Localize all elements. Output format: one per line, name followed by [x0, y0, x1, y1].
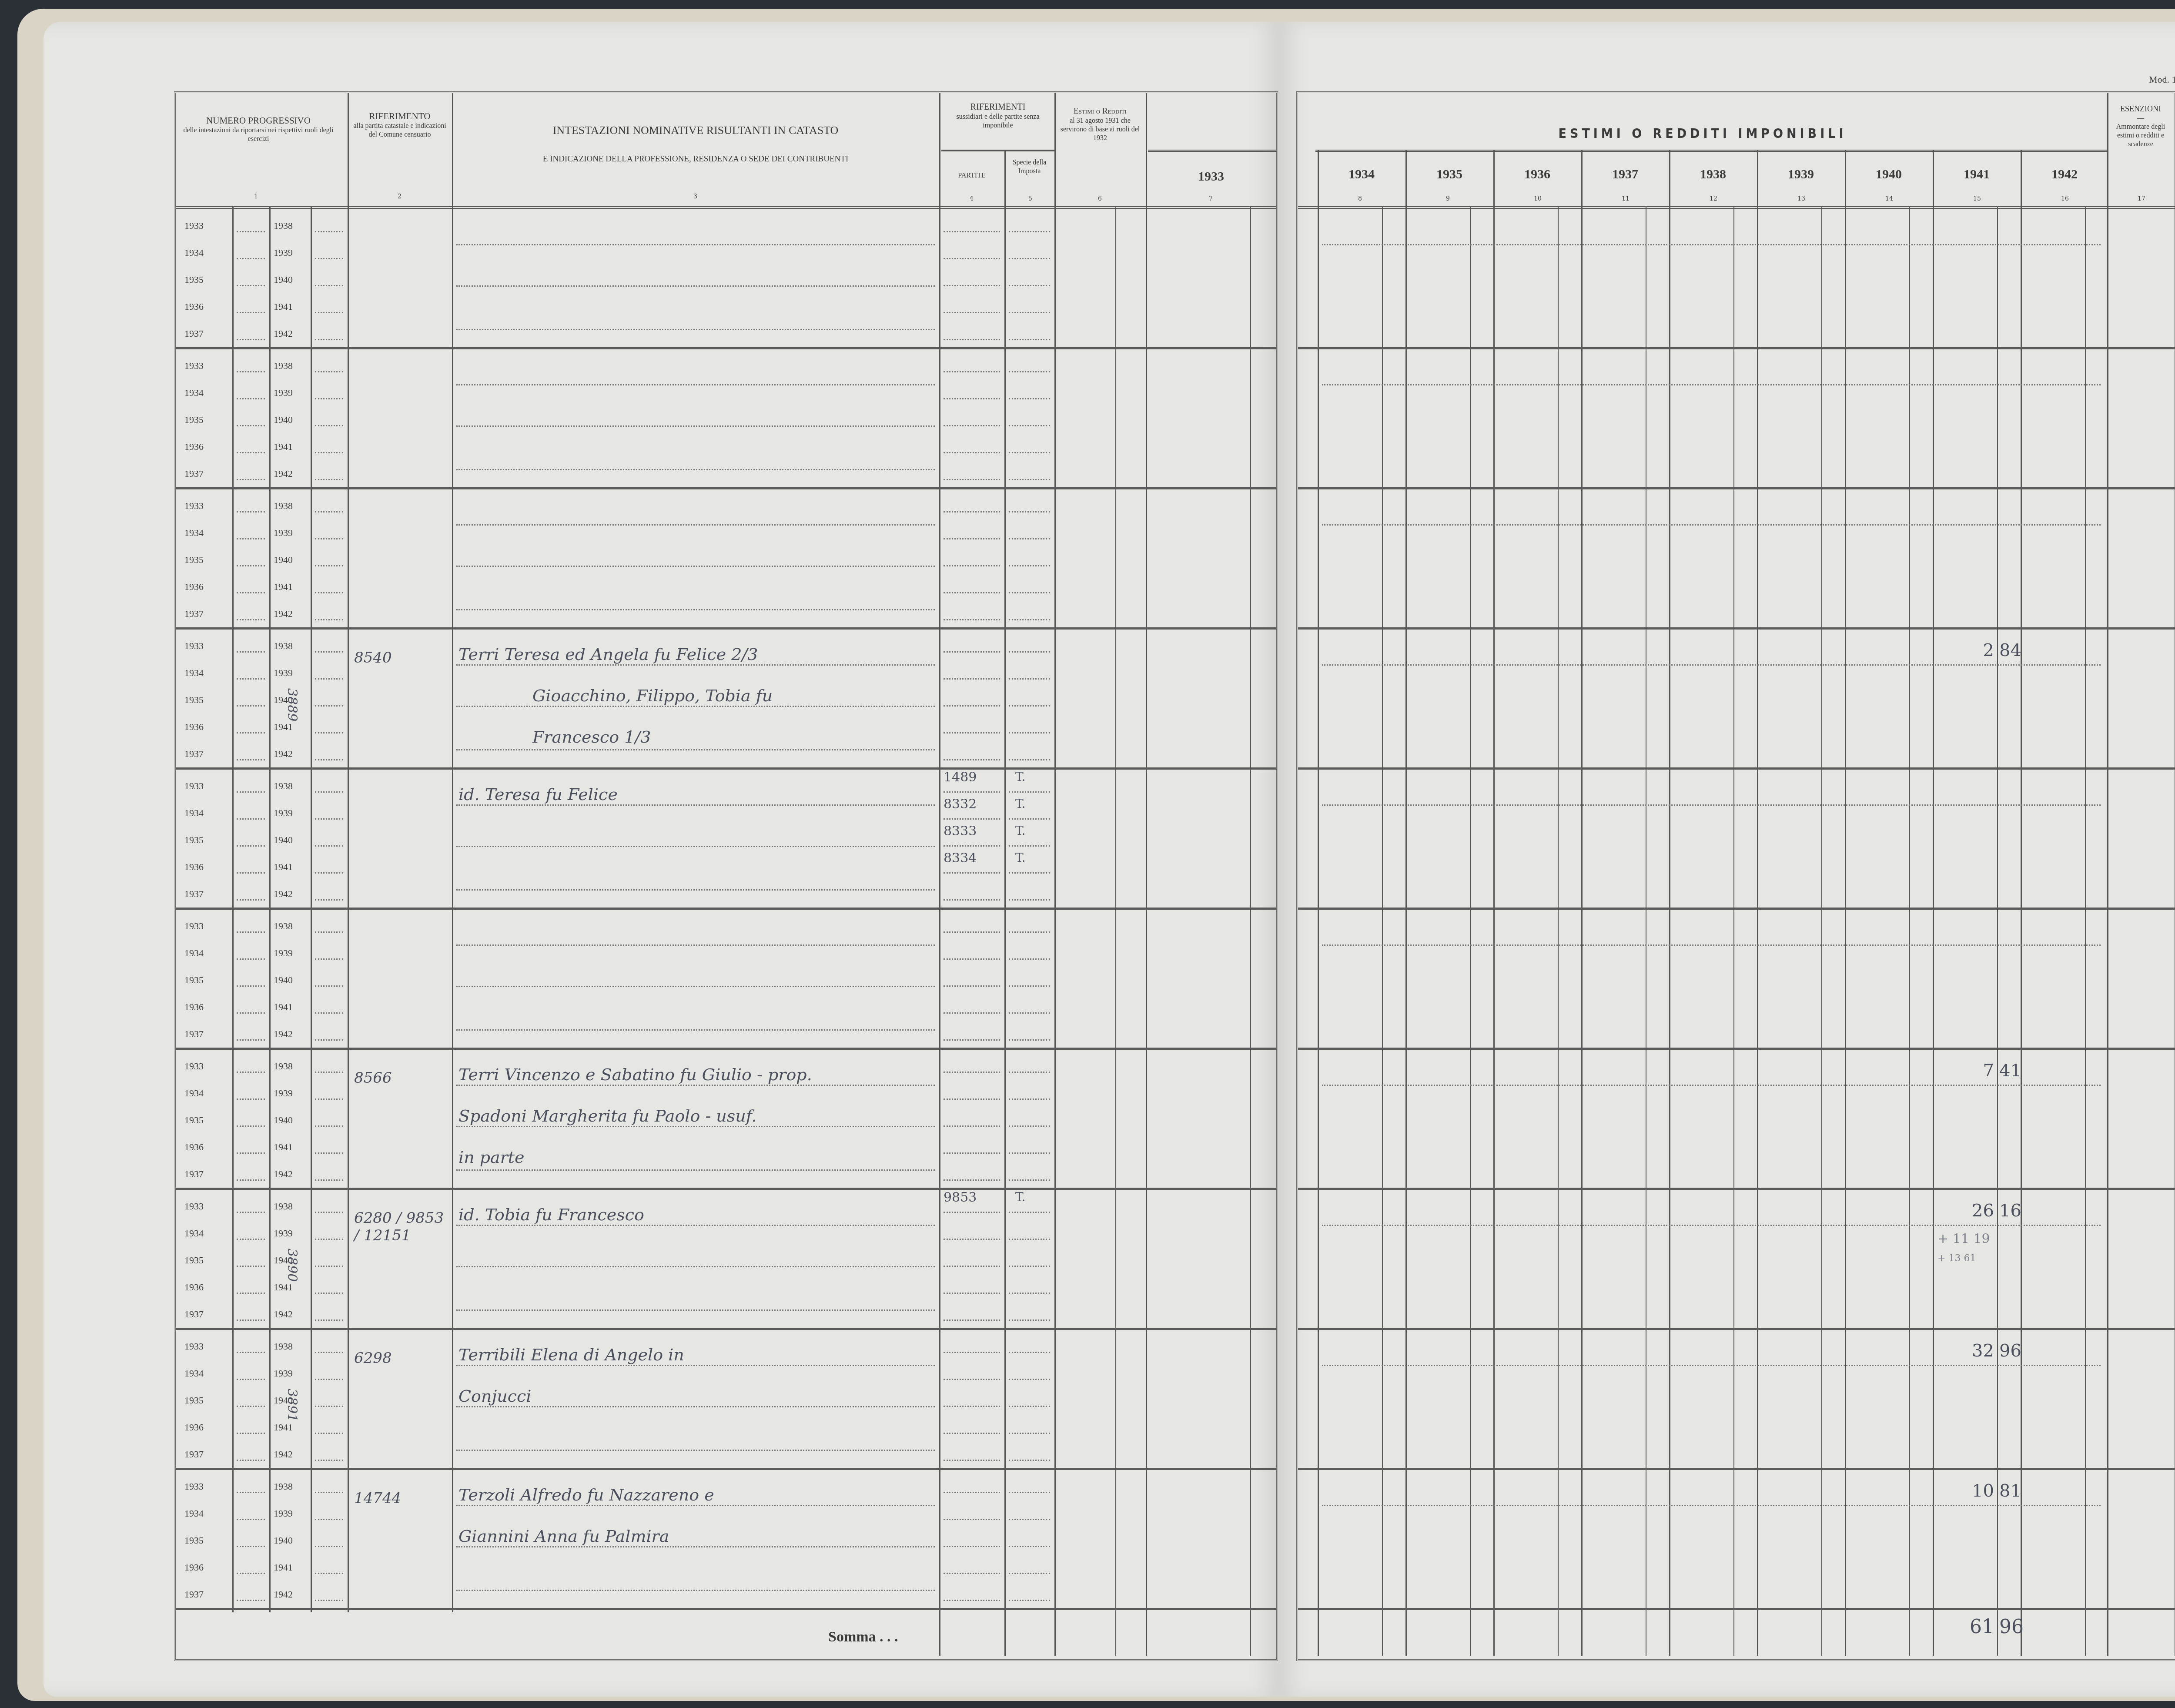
dotted-line [315, 1266, 343, 1267]
dotted-line [944, 1125, 1000, 1127]
dotted-line [456, 889, 935, 891]
dotted-line [315, 1293, 343, 1294]
specie-imposta: T. [1015, 851, 1025, 865]
dotted-line [237, 258, 265, 259]
dotted-line [1009, 285, 1050, 286]
dotted-line [315, 985, 343, 987]
year-label: 1941 [274, 721, 293, 733]
col4-5-title: RIFERIMENTI [941, 102, 1054, 113]
year-label: 1941 [274, 1562, 293, 1573]
year-label: 1936 [184, 1562, 204, 1573]
dotted-line [315, 371, 343, 372]
col2-sub: alla partita catastale e indicazioni del… [350, 122, 450, 139]
entry-block-right: 741 [1298, 1048, 2175, 1190]
right-page: Mod. 111 - Imposte Dirette (Intercalare)… [1279, 22, 2175, 1697]
dotted-line [456, 1505, 935, 1506]
dotted-line [1009, 985, 1050, 987]
amount-1941-lire: 7 [1964, 1061, 1994, 1081]
dotted-line [315, 312, 343, 313]
dotted-line [1009, 1012, 1050, 1014]
dotted-line [1322, 384, 2101, 385]
dotted-line [237, 1239, 265, 1240]
year-label: 1935 [184, 274, 204, 285]
dotted-line [944, 1600, 1000, 1601]
year-label: 1942 [274, 1589, 293, 1600]
dotted-line [315, 425, 343, 426]
col2-title: RIFERIMENTO [350, 111, 450, 122]
year-label: 1937 [184, 468, 204, 479]
dotted-line [237, 1266, 265, 1267]
dotted-line [1009, 1406, 1050, 1407]
dotted-line [1322, 1505, 2101, 1506]
dotted-line [237, 312, 265, 313]
dotted-line [456, 566, 935, 567]
year-label: 1933 [184, 360, 204, 372]
left-form-table: NUMERO PROGRESSIVO delle intestazioni da… [174, 91, 1278, 1661]
amount-1941-lire: 10 [1964, 1481, 1994, 1501]
dotted-line [1009, 425, 1050, 426]
year-label: 1935 [184, 1395, 204, 1406]
col3-title: INTESTAZIONI NOMINATIVE RISULTANTI IN CA… [454, 124, 937, 138]
year-label: 1935 [184, 414, 204, 425]
dotted-line [1009, 1239, 1050, 1240]
col1-title: NUMERO PROGRESSIVO [180, 115, 337, 126]
dotted-line [315, 818, 343, 820]
dotted-line [1009, 1492, 1050, 1493]
dotted-line [315, 1492, 343, 1493]
dotted-line [1009, 1352, 1050, 1353]
col2-number: 2 [398, 193, 402, 200]
left-page: NUMERO PROGRESSIVO delle intestazioni da… [43, 22, 1279, 1697]
dotted-line [456, 1085, 935, 1086]
year-header-1941: 1941 [1933, 167, 2021, 182]
dotted-line [1009, 1212, 1050, 1213]
year-label: 1938 [274, 360, 293, 372]
year-label: 1938 [274, 1481, 293, 1492]
year-label: 1940 [274, 414, 293, 425]
dotted-line [315, 1072, 343, 1073]
dotted-line [315, 398, 343, 399]
year-label: 1941 [274, 581, 293, 593]
dotted-line [1322, 1225, 2101, 1226]
dotted-line [1009, 678, 1050, 680]
dotted-line [315, 1546, 343, 1547]
dotted-line [944, 398, 1000, 399]
dotted-line [944, 425, 1000, 426]
dotted-line [456, 609, 935, 610]
entry-block-right: 1081 [1298, 1468, 2175, 1610]
year-label: 1938 [274, 1341, 293, 1352]
dotted-line [456, 1126, 935, 1127]
dotted-line [1009, 1152, 1050, 1154]
amount-1941-lire: 32 [1964, 1341, 1994, 1361]
divider [348, 93, 349, 206]
year-label: 1937 [184, 1169, 204, 1180]
specie-imposta: T. [1015, 1190, 1025, 1204]
dotted-line [944, 845, 1000, 847]
amount-1941-cent: 96 [1999, 1341, 2021, 1361]
dotted-line [315, 651, 343, 653]
dotted-line [1009, 958, 1050, 960]
esenzioni-header: ESENZIONI — Ammontare degli estimi o red… [2108, 104, 2173, 149]
year-label: 1933 [184, 921, 204, 932]
year-label: 1936 [184, 581, 204, 593]
col-number: 10 [1534, 195, 1542, 202]
year-label: 1938 [274, 640, 293, 652]
divider [1054, 93, 1056, 206]
dotted-line [237, 1212, 265, 1213]
col-number: 13 [1797, 195, 1805, 202]
dotted-line [237, 1152, 265, 1154]
dotted-line [315, 1125, 343, 1127]
entry-block: 1933193819341939193519401936194119371942… [176, 627, 1276, 770]
year-header-1938: 1938 [1669, 167, 1757, 182]
year-label: 1939 [274, 247, 293, 258]
dotted-line [315, 732, 343, 733]
dotted-line [944, 1266, 1000, 1267]
entry-block: 1933193819341939193519401936194119371942… [176, 1188, 1276, 1330]
partita-ref: 1489 [944, 770, 977, 785]
dotted-line [944, 1519, 1000, 1520]
col-number: 8 [1358, 195, 1362, 202]
dotted-line [1009, 479, 1050, 480]
dotted-line [1009, 452, 1050, 453]
dotted-line [1009, 1460, 1050, 1461]
amount-1941-lire: 2 [1964, 640, 1994, 660]
dotted-line [1009, 1125, 1050, 1127]
dotted-line [944, 678, 1000, 680]
year-label: 1942 [274, 888, 293, 900]
dotted-line [456, 1406, 935, 1407]
year-label: 1939 [274, 1088, 293, 1099]
year-label: 1935 [184, 834, 204, 846]
year-header-1939: 1939 [1757, 167, 1845, 182]
partita-ref: 8333 [944, 824, 977, 839]
year-label: 1939 [274, 387, 293, 399]
year-label: 1942 [274, 468, 293, 479]
partita-ref: 9853 [944, 1190, 977, 1205]
dotted-line [1009, 899, 1050, 901]
year-label: 1936 [184, 1001, 204, 1013]
year-label: 1933 [184, 1061, 204, 1072]
year-label: 1939 [274, 948, 293, 959]
year-label: 1933 [184, 780, 204, 792]
year-label: 1933 [184, 1201, 204, 1212]
dotted-line [315, 958, 343, 960]
year-label: 1941 [274, 1422, 293, 1433]
esenzioni-title: ESENZIONI [2108, 104, 2173, 114]
dotted-line [1009, 619, 1050, 620]
dotted-line [456, 664, 935, 666]
col3-sub: E INDICAZIONE DELLA PROFESSIONE, RESIDEN… [454, 154, 937, 164]
dotted-line [456, 1169, 935, 1171]
dotted-line [237, 1320, 265, 1321]
year-label: 1940 [274, 834, 293, 846]
year-label: 1942 [274, 328, 293, 339]
year-label: 1938 [274, 500, 293, 512]
dotted-line [315, 1379, 343, 1380]
dotted-line [1009, 1293, 1050, 1294]
dotted-line [944, 1573, 1000, 1574]
taxpayer-name-line: Gioacchino, Filippo, Tobia fu [532, 686, 773, 705]
year-label: 1937 [184, 888, 204, 900]
dotted-line [1322, 244, 2101, 245]
entry-block-right [1298, 207, 2175, 349]
dotted-line [315, 285, 343, 286]
dotted-line [456, 986, 935, 987]
form-model-label: Mod. 111 - Imposte Dirette (Intercalare)… [2149, 74, 2175, 85]
divider [1148, 150, 1276, 152]
esenzioni-dash: — [2108, 114, 2173, 123]
dotted-line [944, 1546, 1000, 1547]
year-label: 1942 [274, 1449, 293, 1460]
esenzioni-sub: Ammontare degli estimi o redditi e scade… [2108, 123, 2173, 149]
year-label: 1934 [184, 948, 204, 959]
dotted-line [237, 1519, 265, 1520]
dotted-line [315, 1152, 343, 1154]
year-label: 1935 [184, 694, 204, 706]
dotted-line [237, 339, 265, 340]
year-label: 1938 [274, 220, 293, 231]
year-label: 1941 [274, 1282, 293, 1293]
year-label: 1942 [274, 1169, 293, 1180]
dotted-line [1009, 1098, 1050, 1100]
col1-header: NUMERO PROGRESSIVO delle intestazioni da… [180, 115, 337, 144]
dotted-line [1009, 705, 1050, 707]
dotted-line [1009, 1546, 1050, 1547]
dotted-line [1009, 565, 1050, 566]
year-label: 1939 [274, 527, 293, 539]
year-label: 1938 [274, 921, 293, 932]
col1-sub: delle intestazioni da riportarsi nei ris… [180, 126, 337, 144]
dotted-line [315, 592, 343, 593]
dotted-line [315, 872, 343, 874]
year-label: 1940 [274, 274, 293, 285]
partita-ref: 8332 [944, 797, 977, 812]
year-header-1940: 1940 [1845, 167, 1933, 182]
dotted-line [1009, 339, 1050, 340]
year-label: 1938 [274, 1201, 293, 1212]
col1-number: 1 [254, 193, 258, 200]
dotted-line [237, 1012, 265, 1014]
dotted-line [944, 818, 1000, 820]
entry-block: 1933193819341939193519401936194119371942… [176, 1468, 1276, 1610]
dotted-line [1009, 312, 1050, 313]
dotted-line [1009, 872, 1050, 874]
dotted-line [944, 1460, 1000, 1461]
dotted-line [944, 592, 1000, 593]
specie-imposta: T. [1015, 824, 1025, 838]
dotted-line [456, 1225, 935, 1226]
dotted-line [1322, 524, 2101, 526]
amount-1941-addendum: + 11 19 [1937, 1231, 1990, 1246]
col-number: 9 [1446, 195, 1450, 202]
taxpayer-name-line: in parte [458, 1148, 525, 1167]
right-header: ESTIMI O REDDITI IMPONIBILI 193481935919… [1298, 93, 2175, 209]
dotted-line [237, 619, 265, 620]
dotted-line [944, 791, 1000, 793]
year-label: 1937 [184, 748, 204, 760]
dotted-line [237, 565, 265, 566]
dotted-line [315, 1320, 343, 1321]
year-label: 1936 [184, 1422, 204, 1433]
col17-number: 17 [2138, 195, 2145, 202]
taxpayer-name-line: id. Tobia fu Francesco [458, 1205, 644, 1224]
dotted-line [456, 285, 935, 287]
year-label: 1940 [274, 1535, 293, 1546]
amount-1941-addendum: + 13 61 [1937, 1253, 1976, 1264]
dotted-line [1322, 804, 2101, 806]
dotted-line [1009, 1072, 1050, 1073]
dotted-line [315, 759, 343, 760]
dotted-line [315, 1433, 343, 1434]
year-label: 1938 [274, 1061, 293, 1072]
dotted-line [944, 1212, 1000, 1213]
dotted-line [456, 944, 935, 946]
progressivo-number: 3889 [284, 688, 300, 721]
dotted-line [1009, 818, 1050, 820]
year-label: 1936 [184, 441, 204, 452]
dotted-line [944, 258, 1000, 259]
dotted-line [315, 258, 343, 259]
dotted-line [1009, 732, 1050, 733]
entry-block-right [1298, 908, 2175, 1050]
dotted-line [315, 1573, 343, 1574]
dotted-line [237, 1433, 265, 1434]
year-label: 1941 [274, 1142, 293, 1153]
dotted-line [315, 678, 343, 680]
col-number: 12 [1710, 195, 1717, 202]
year-label: 1934 [184, 1368, 204, 1379]
entry-block-right [1298, 487, 2175, 630]
dotted-line [944, 1293, 1000, 1294]
dotted-line [237, 1125, 265, 1127]
year-label: 1942 [274, 608, 293, 620]
col6-sub: al 31 agosto 1931 che servirono di base … [1057, 117, 1144, 143]
year-label: 1941 [274, 1001, 293, 1013]
dotted-line [237, 1039, 265, 1041]
col3-number: 3 [693, 193, 697, 200]
col-number: 14 [1885, 195, 1893, 202]
dotted-line [315, 1600, 343, 1601]
year-label: 1937 [184, 1028, 204, 1040]
partita-catastale: 8566 [354, 1069, 445, 1087]
dotted-line [315, 1179, 343, 1181]
dotted-line [944, 1379, 1000, 1380]
ledger-book: NUMERO PROGRESSIVO delle intestazioni da… [17, 9, 2175, 1701]
dotted-line [237, 1072, 265, 1073]
total-1941-cent: 96 [1999, 1616, 2024, 1638]
entry-block: 1933193819341939193519401936194119371942… [176, 1328, 1276, 1470]
year-label: 1936 [184, 1282, 204, 1293]
dotted-line [1009, 1320, 1050, 1321]
dotted-line [1009, 258, 1050, 259]
year-label: 1934 [184, 247, 204, 258]
dotted-line [315, 899, 343, 901]
year-header-1934: 1934 [1318, 167, 1405, 182]
col4-5-sub: sussidiari e delle partite senza imponib… [941, 113, 1054, 130]
dotted-line [456, 1546, 935, 1547]
year-label: 1938 [274, 780, 293, 792]
dotted-line [315, 1406, 343, 1407]
year-label: 1933 [184, 1481, 204, 1492]
dotted-line [315, 538, 343, 539]
year-label: 1939 [274, 1368, 293, 1379]
right-form-table: ESTIMI O REDDITI IMPONIBILI 193481935919… [1296, 91, 2175, 1661]
dotted-line [456, 1029, 935, 1031]
dotted-line [315, 511, 343, 512]
dotted-line [237, 231, 265, 232]
year-label: 1934 [184, 667, 204, 679]
col6-title: Estimi o Redditi [1057, 106, 1144, 117]
year-label: 1942 [274, 1309, 293, 1320]
dotted-line [944, 1239, 1000, 1240]
year-label: 1934 [184, 1088, 204, 1099]
dotted-line [237, 732, 265, 733]
specie-imposta: T. [1015, 797, 1025, 811]
col7-year-1933: 1933 [1148, 169, 1274, 184]
amount-1941-cent: 41 [1999, 1061, 2021, 1081]
dotted-line [237, 1492, 265, 1493]
dotted-line [237, 1600, 265, 1601]
year-header-1937: 1937 [1581, 167, 1669, 182]
year-label: 1935 [184, 1255, 204, 1266]
dotted-line [237, 592, 265, 593]
left-header: NUMERO PROGRESSIVO delle intestazioni da… [176, 93, 1276, 209]
dotted-line [315, 1460, 343, 1461]
dotted-line [315, 565, 343, 566]
dotted-line [237, 705, 265, 707]
dotted-line [456, 384, 935, 385]
dotted-line [456, 469, 935, 470]
dotted-line [315, 845, 343, 847]
entry-block: 1933193819341939193519401936194119371942 [176, 207, 1276, 349]
amount-1941-cent: 81 [1999, 1481, 2021, 1501]
col2-header: RIFERIMENTO alla partita catastale e ind… [350, 111, 450, 139]
col4-5-header: RIFERIMENTI sussidiari e delle partite s… [941, 102, 1054, 130]
col-number: 16 [2061, 195, 2069, 202]
partita-catastale: 14744 [354, 1490, 445, 1507]
partita-ref: 8334 [944, 851, 977, 866]
entry-block: 1933193819341939193519401936194119371942 [176, 487, 1276, 630]
dotted-line [1009, 759, 1050, 760]
partita-catastale: 6280 / 9853 / 12151 [354, 1209, 445, 1244]
dotted-line [944, 285, 1000, 286]
taxpayer-name-line: Terzoli Alfredo fu Nazzareno e [458, 1485, 714, 1504]
year-label: 1937 [184, 1589, 204, 1600]
divider [939, 93, 940, 206]
col4-number: 4 [970, 195, 974, 202]
dotted-line [237, 899, 265, 901]
year-label: 1935 [184, 1535, 204, 1546]
year-label: 1933 [184, 1341, 204, 1352]
dotted-line [237, 1098, 265, 1100]
dotted-line [315, 931, 343, 933]
dotted-line [944, 1179, 1000, 1181]
dotted-line [1009, 1433, 1050, 1434]
group-title: ESTIMI O REDDITI IMPONIBILI [1298, 126, 2107, 142]
dotted-line [944, 565, 1000, 566]
dotted-line [944, 899, 1000, 901]
year-header-1942: 1942 [2021, 167, 2108, 182]
dotted-line [1009, 398, 1050, 399]
dotted-line [237, 1573, 265, 1574]
dotted-line [315, 1098, 343, 1100]
dotted-line [1322, 1365, 2101, 1366]
year-label: 1936 [184, 1142, 204, 1153]
year-label: 1940 [274, 554, 293, 566]
dotted-line [1009, 791, 1050, 793]
